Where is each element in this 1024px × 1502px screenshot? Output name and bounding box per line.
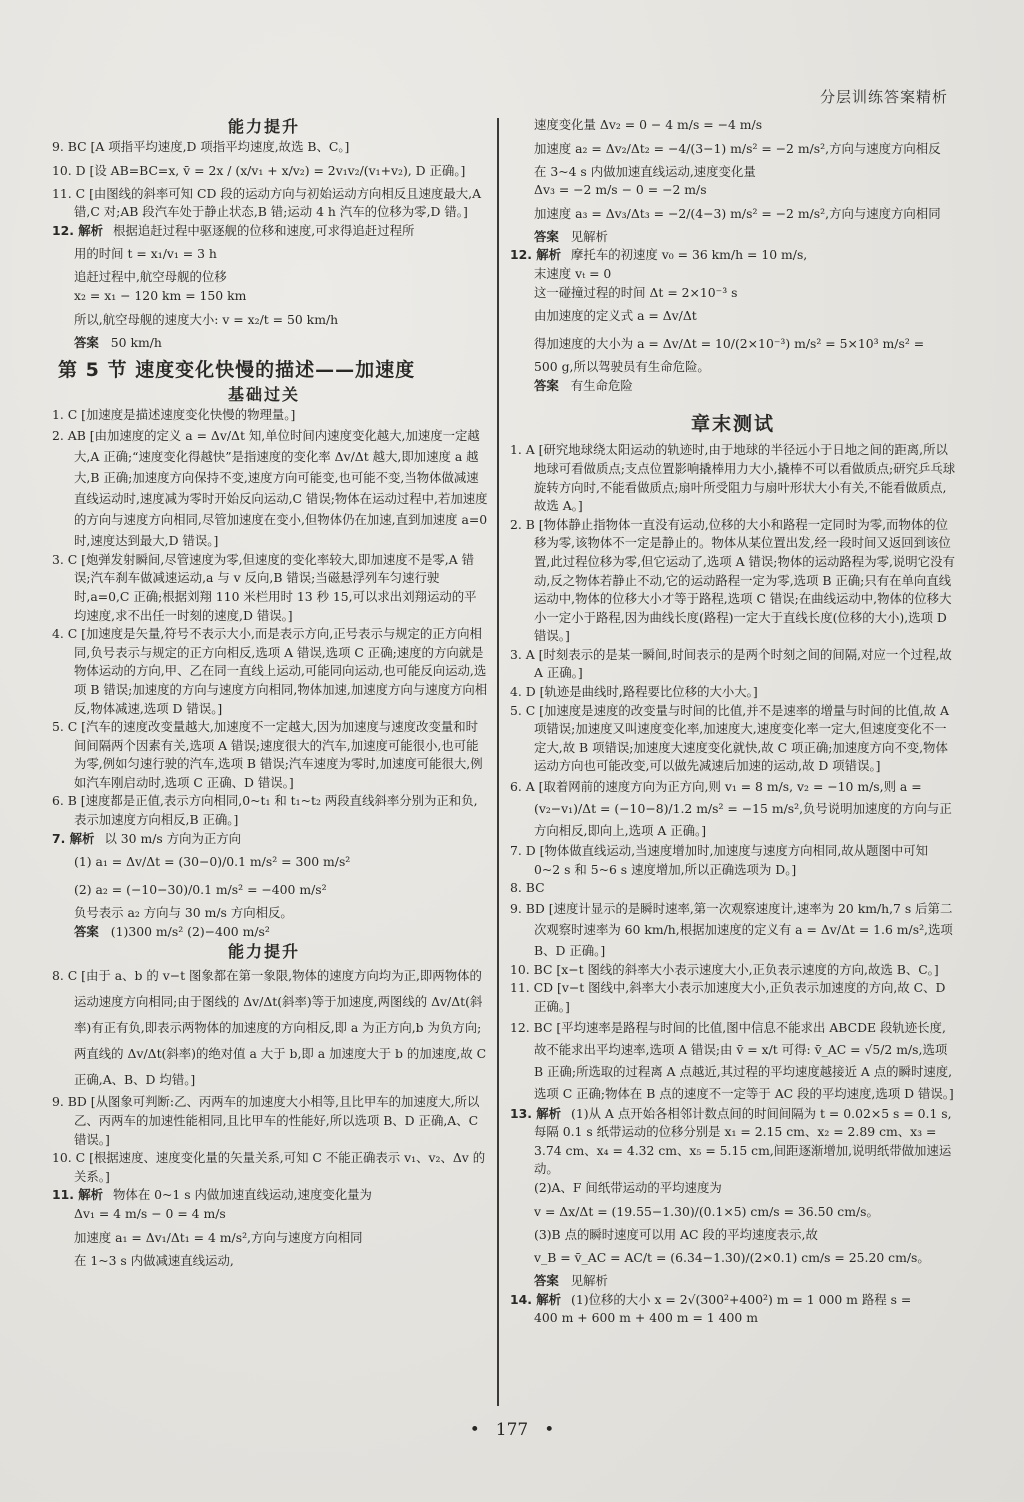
answer-item: 9. BC [A 项指平均速度,D 项指平均速度,故选 B、C。]: [40, 138, 488, 157]
left-column: 能力提升 9. BC [A 项指平均速度,D 项指平均速度,故选 B、C。] 1…: [40, 116, 488, 1270]
solution-label: 12. 解析: [52, 223, 103, 238]
solution-line: x₂ = x₁ − 120 km = 150 km: [40, 287, 488, 306]
answer-line: 答案有生命危险: [510, 377, 956, 396]
solution-line: 在 3~4 s 内做加速直线运动,速度变化量: [510, 163, 956, 182]
answer-line: 答案见解析: [510, 1272, 956, 1291]
solution-label: 13. 解析: [510, 1106, 561, 1121]
answer-label: 答案: [74, 335, 99, 350]
solution-label: 11. 解析: [52, 1187, 103, 1202]
solution-line: 400 m + 600 m + 400 m = 1 400 m: [510, 1309, 956, 1328]
solution-line: 由加速度的定义式 a = Δv/Δt: [510, 302, 956, 330]
heading-ability-1: 能力提升: [40, 116, 488, 138]
answer-item: 3. A [时刻表示的是某一瞬间,时间表示的是两个时刻之间的间隔,对应一个过程,…: [510, 646, 956, 683]
solution-line: 末速度 vₜ = 0: [510, 265, 956, 284]
solution-line: 这一碰撞过程的时间 Δt = 2×10⁻³ s: [510, 284, 956, 303]
solution-line: 所以,航空母舰的速度大小: v = x₂/t = 50 km/h: [40, 306, 488, 334]
right-column: 速度变化量 Δv₂ = 0 − 4 m/s = −4 m/s 加速度 a₂ = …: [510, 116, 956, 1328]
heading-basic: 基础过关: [40, 384, 488, 406]
answer-line: 答案见解析: [510, 228, 956, 247]
answer-item: 10. BC [x−t 图线的斜率大小表示速度大小,正负表示速度的方向,故选 B…: [510, 961, 956, 980]
answer-item: 4. C [加速度是矢量,符号不表示大小,而是表示方向,正号表示与规定的正方向相…: [40, 625, 488, 718]
solution-line: 加速度 a₁ = Δv₁/Δt₁ = 4 m/s²,方向与速度方向相同: [40, 1224, 488, 1252]
solution-q7: 7. 解析以 30 m/s 方向为正方向: [40, 830, 488, 849]
page-footer: •177•: [0, 1420, 1024, 1440]
section-title: 第 5 节 速度变化快慢的描述——加速度: [40, 356, 488, 384]
solution-line: (2) a₂ = (−10−30)/0.1 m/s² = −400 m/s²: [40, 876, 488, 904]
answer-item: 7. D [物体做直线运动,当速度增加时,加速度与速度方向相同,故从题图中可知 …: [510, 842, 956, 879]
answer-item: 8. C [由于 a、b 的 v−t 图象都在第一象限,物体的速度方向均为正,即…: [40, 963, 488, 1093]
solution-line: (1) a₁ = Δv/Δt = (30−0)/0.1 m/s² = 300 m…: [40, 848, 488, 876]
solution-q11: 11. 解析物体在 0~1 s 内做加速直线运动,速度变化量为: [40, 1186, 488, 1205]
answer-item: 1. A [研究地球绕太阳运动的轨迹时,由于地球的半径远小于日地之间的距离,所以…: [510, 441, 956, 515]
solution-line: (2)A、F 间纸带运动的平均速度为: [510, 1179, 956, 1198]
solution-q14: 14. 解析(1)位移的大小 x = 2√(300²+400²) m = 1 0…: [510, 1291, 956, 1310]
answer-item: 6. A [取着网前的速度方向为正方向,则 v₁ = 8 m/s, v₂ = −…: [510, 776, 956, 842]
answer-item: 6. B [速度都是正值,表示方向相同,0~t₁ 和 t₁~t₂ 两段直线斜率分…: [40, 792, 488, 829]
solution-label: 7. 解析: [52, 831, 94, 846]
solution-line: 在 1~3 s 内做减速直线运动,: [40, 1252, 488, 1271]
answer-label: 答案: [534, 378, 559, 393]
solution-q12: 12. 解析摩托车的初速度 v₀ = 36 km/h = 10 m/s,: [510, 246, 956, 265]
heading-ability-2: 能力提升: [40, 941, 488, 963]
solution-line: 负号表示 a₂ 方向与 30 m/s 方向相反。: [40, 904, 488, 923]
answer-line: 答案50 km/h: [40, 334, 488, 353]
solution-q12: 12. 解析根据追赶过程中驱逐舰的位移和速度,可求得追赶过程所: [40, 222, 488, 241]
solution-line: (3)B 点的瞬时速度可以用 AC 段的平均速度表示,故: [510, 1226, 956, 1245]
answer-line: 答案(1)300 m/s² (2)−400 m/s²: [40, 923, 488, 942]
solution-line: 加速度 a₃ = Δv₃/Δt₃ = −2/(4−3) m/s² = −2 m/…: [510, 200, 956, 228]
answer-label: 答案: [534, 229, 559, 244]
solution-line: 得加速度的大小为 a = Δv/Δt = 10/(2×10⁻³) m/s² = …: [510, 330, 956, 358]
page-number: 177: [496, 1420, 528, 1440]
answer-item: 9. BD [速度计显示的是瞬时速率,第一次观察速度计,速率为 20 km/h,…: [510, 898, 956, 961]
answer-item: 12. BC [平均速率是路程与时间的比值,图中信息不能求出 ABCDE 段轨迹…: [510, 1017, 956, 1105]
answer-item: 11. CD [v−t 图线中,斜率大小表示加速度大小,正负表示加速度的方向,故…: [510, 979, 956, 1016]
answer-label: 答案: [74, 924, 99, 939]
answer-item: 10. C [根据速度、速度变化量的矢量关系,可知 C 不能正确表示 v₁、v₂…: [40, 1149, 488, 1186]
answer-item: 1. C [加速度是描述速度变化快慢的物理量。]: [40, 406, 488, 425]
solution-label: 12. 解析: [510, 247, 561, 262]
answer-item: 3. C [炮弹发射瞬间,尽管速度为零,但速度的变化率较大,即加速度不是零,A …: [40, 551, 488, 625]
answer-label: 答案: [534, 1273, 559, 1288]
chapter-test-heading: 章末测试: [510, 409, 956, 439]
solution-line: 用的时间 t = x₁/v₁ = 3 h: [40, 240, 488, 268]
solution-q13: 13. 解析(1)从 A 点开始各相邻计数点间的时间间隔为 t = 0.02×5…: [510, 1105, 956, 1179]
solution-line: 速度变化量 Δv₂ = 0 − 4 m/s = −4 m/s: [510, 116, 956, 135]
answer-value: (1)300 m/s² (2)−400 m/s²: [111, 924, 270, 939]
solution-line: Δv₁ = 4 m/s − 0 = 4 m/s: [40, 1205, 488, 1224]
bullet-left: •: [470, 1420, 480, 1440]
solution-line: v_B = v̄_AC = AC/t = (6.34−1.30)/(2×0.1)…: [510, 1244, 956, 1272]
answer-value: 有生命危险: [571, 378, 633, 393]
answer-item: 9. BD [从图象可判断:乙、丙两车的加速度大小相等,且比甲车的加速度大,所以…: [40, 1093, 488, 1149]
column-divider: [497, 118, 499, 1406]
answer-item: 10. D [设 AB=BC=x, v̄ = 2x / (x/v₁ + x/v₂…: [40, 157, 488, 185]
solution-line: 500 g,所以驾驶员有生命危险。: [510, 358, 956, 377]
answer-item: 2. B [物体静止指物体一直没有运动,位移的大小和路程一定同时为零,而物体的位…: [510, 516, 956, 646]
bullet-right: •: [544, 1420, 554, 1440]
solution-line: v = Δx/Δt = (19.55−1.30)/(0.1×5) cm/s = …: [510, 1198, 956, 1226]
solution-line: Δv₃ = −2 m/s − 0 = −2 m/s: [510, 181, 956, 200]
answer-value: 见解析: [571, 1273, 608, 1288]
solution-line: 加速度 a₂ = Δv₂/Δt₂ = −4/(3−1) m/s² = −2 m/…: [510, 135, 956, 163]
answer-item: 8. BC: [510, 879, 956, 898]
answer-item: 2. AB [由加速度的定义 a = Δv/Δt 知,单位时间内速度变化越大,加…: [40, 425, 488, 551]
answer-item: 5. C [汽车的速度改变量越大,加速度不一定越大,因为加速度与速度改变量和时间…: [40, 718, 488, 792]
solution-label: 14. 解析: [510, 1292, 561, 1307]
answer-item: 5. C [加速度是速度的改变量与时间的比值,并不是速率的增量与时间的比值,故 …: [510, 702, 956, 776]
running-title: 分层训练答案精析: [820, 86, 948, 107]
answer-value: 50 km/h: [111, 335, 162, 350]
answer-item: 4. D [轨迹是曲线时,路程要比位移的大小大。]: [510, 683, 956, 702]
answer-item: 11. C [由图线的斜率可知 CD 段的运动方向与初始运动方向相反且速度最大,…: [40, 185, 488, 222]
solution-line: 追赶过程中,航空母舰的位移: [40, 268, 488, 287]
answer-value: 见解析: [571, 229, 608, 244]
